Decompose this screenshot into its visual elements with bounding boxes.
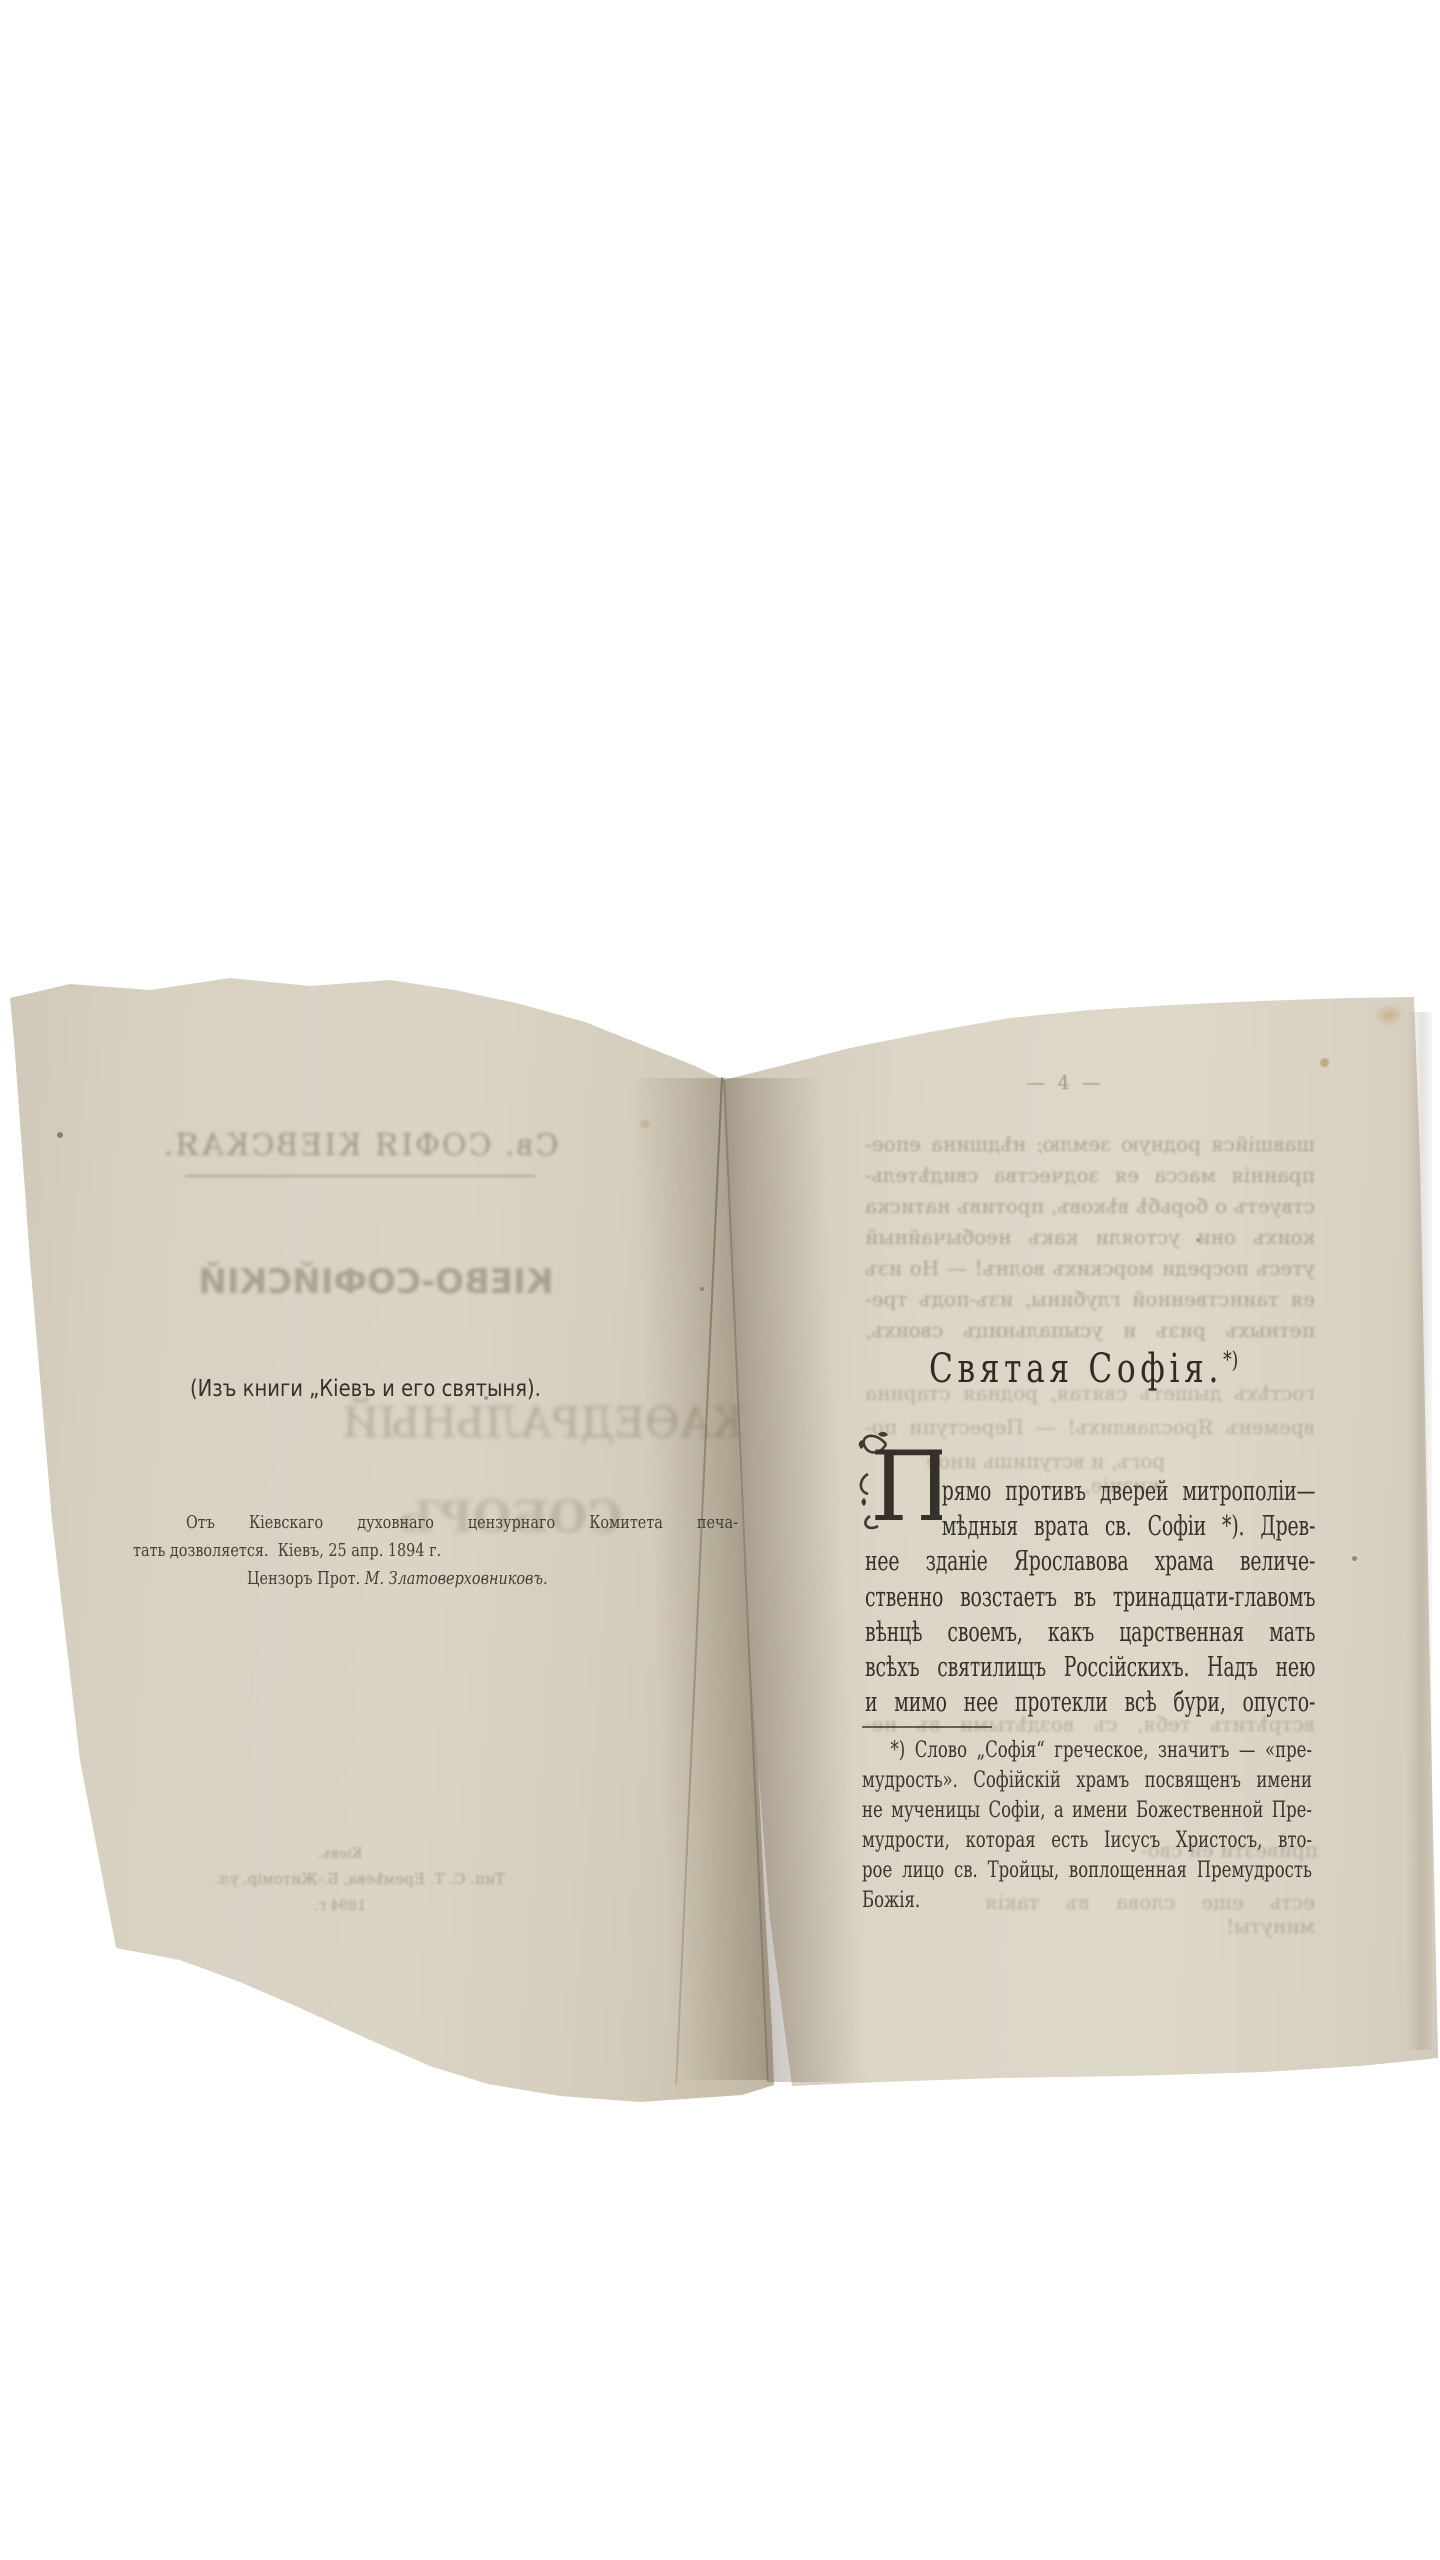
ghost-line: привезти ей сво- (1128, 1838, 1318, 1862)
censor-line-1: Отъ Кіевскаго духовнаго цензурнаго Комит… (186, 1512, 738, 1533)
footnote-reference-mark: *) (1223, 1349, 1238, 1374)
ghost-imprint-printer: Тип. С. Т. Еремѣева, Б.-Житомір. ул. (150, 1870, 570, 1888)
ghost-showthrough-paragraph: шавшійся родную землю; нѣдшина епое- пра… (865, 1132, 1315, 1349)
ghost-showthrough-title: Св. СОФІЯ КІЕВСКАЯ. (120, 1128, 600, 1163)
paper-speck (57, 1132, 63, 1138)
ghost-line: утесъ посреди морскихъ волнъ! — Но изъ (865, 1256, 1315, 1287)
paragraph-line: всѣхъ святилищъ Россійскихъ. Надъ нею (865, 1650, 1315, 1685)
censor-line-2: тать дозволяется. Кіевъ, 25 апр. 1894 г. (133, 1540, 441, 1561)
ghost-line: шавшійся родную землю; нѣдшина епое- (865, 1132, 1315, 1163)
ghost-line: есть еще слова въ такія минуты! (985, 1890, 1315, 1938)
ghost-imprint-city: Кіевъ. (240, 1846, 440, 1862)
paper-speck (1352, 1556, 1357, 1561)
ghost-imprint-year: 1894 г. (240, 1898, 440, 1914)
ghost-line: петныхъ ризъ и усыпальницъ своихъ, (865, 1318, 1315, 1349)
footnote-line: мудрость». Софійскій храмъ посвященъ име… (862, 1766, 1312, 1796)
fox-stain (1374, 1004, 1404, 1026)
ghost-showthrough-heading-2: КАѲЕДРАЛЬНЫЙ (303, 1398, 783, 1447)
fox-stain (640, 1120, 650, 1128)
chapter-title-text: Святая Софія. (929, 1346, 1223, 1392)
paragraph-line: ственно возстаетъ въ тринадцати-главомъ (865, 1580, 1315, 1615)
page-number: — 4 — (1005, 1072, 1125, 1094)
censor-name: М. Златоверховниковъ. (365, 1568, 548, 1589)
chapter-title: Святая Софія.*) (929, 1346, 1238, 1392)
paragraph-line: рямо противъ дверей митрополіи— (942, 1474, 1315, 1509)
body-paragraph: рямо противъ дверей митрополіи— мѣдныя в… (865, 1474, 1315, 1720)
paragraph-line: вѣнцѣ своемъ, какъ царственная мать (865, 1615, 1315, 1650)
paragraph-line: нее зданіе Ярославова храма величе- (865, 1544, 1315, 1579)
photo-background: Св. СОФІЯ КІЕВСКАЯ. КІЕВО-СОФІЙСКІЙ КАѲЕ… (0, 0, 1440, 2560)
censor-role-label: Цензоръ Прот. (247, 1568, 365, 1589)
paragraph-line: мѣдныя врата св. Софіи *). Древ- (942, 1509, 1315, 1544)
footnote-separator-rule (862, 1726, 992, 1728)
footnote-line: не мученицы Софіи, а имени Божественной … (862, 1796, 1312, 1826)
right-page-edge-shadow (1406, 1012, 1432, 2050)
ghost-line: ея таинственной глубины, изъ-подъ тре- (865, 1287, 1315, 1318)
paper-speck (700, 1287, 704, 1291)
ghost-showthrough-heading-1: КІЕВО-СОФІЙСКІЙ (136, 1262, 616, 1302)
ghost-line: коихъ они устояли какъ необычайный (865, 1225, 1315, 1256)
footnote-block: *) Слово „Софія“ греческое, значитъ — «п… (862, 1736, 1312, 1916)
source-note: (Изъ книги „Кіевъ и его святыня). (190, 1376, 541, 1402)
ghost-line: праннія масса ея зодчества свидѣтель- (865, 1163, 1315, 1194)
fox-stain (1320, 1058, 1329, 1067)
ghost-line: встрѣтить тебя, съ воздѣтыми въ не- (865, 1712, 1315, 1736)
censor-line-3: Цензоръ Прот. М. Златоверховниковъ. (247, 1568, 548, 1589)
footnote-line: *) Слово „Софія“ греческое, значитъ — «п… (862, 1736, 1312, 1766)
ghost-line: ствуетъ о борьбѣ вѣковъ, противъ натиска (865, 1194, 1315, 1225)
ghost-title-rule (185, 1175, 535, 1177)
